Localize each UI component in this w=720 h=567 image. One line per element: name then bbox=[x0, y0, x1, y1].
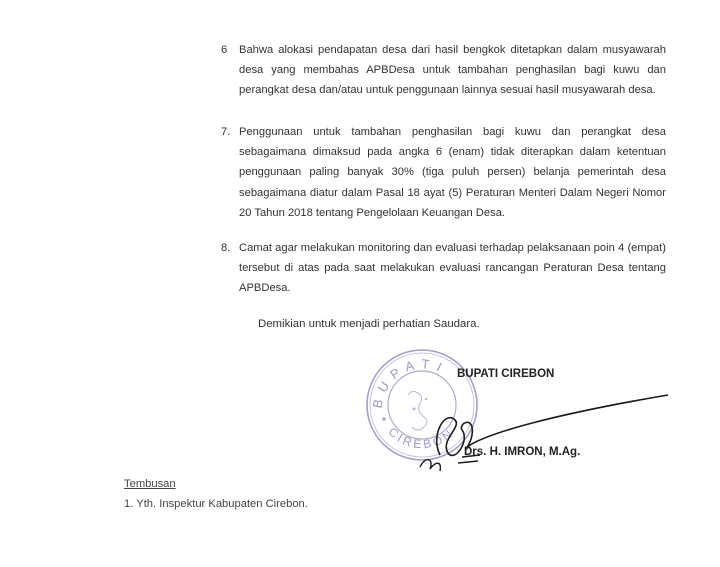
list-item-6: 6 Bahwa alokasi pendapatan desa dari has… bbox=[221, 40, 666, 101]
item-text: Bahwa alokasi pendapatan desa dari hasil… bbox=[239, 40, 666, 101]
cc-heading: Tembusan bbox=[124, 478, 176, 490]
item-number: 8. bbox=[221, 238, 230, 258]
closing-statement: Demikian untuk menjadi perhatian Saudara… bbox=[258, 318, 480, 330]
item-text: Camat agar melakukan monitoring dan eval… bbox=[239, 238, 666, 299]
list-item-7: 7. Penggunaan untuk tambahan penghasilan… bbox=[221, 122, 666, 223]
item-number: 7. bbox=[221, 122, 230, 142]
item-text: Penggunaan untuk tambahan penghasilan ba… bbox=[239, 122, 666, 223]
signatory-title: BUPATI CIREBON bbox=[457, 368, 554, 380]
document-page: 6 Bahwa alokasi pendapatan desa dari has… bbox=[0, 0, 720, 567]
cc-list-item: 1. Yth. Inspektur Kabupaten Cirebon. bbox=[124, 498, 308, 510]
item-number: 6 bbox=[221, 40, 227, 60]
signature-icon bbox=[400, 385, 670, 475]
list-item-8: 8. Camat agar melakukan monitoring dan e… bbox=[221, 238, 666, 299]
signatory-name: Drs. H. IMRON, M.Ag. bbox=[464, 446, 580, 458]
